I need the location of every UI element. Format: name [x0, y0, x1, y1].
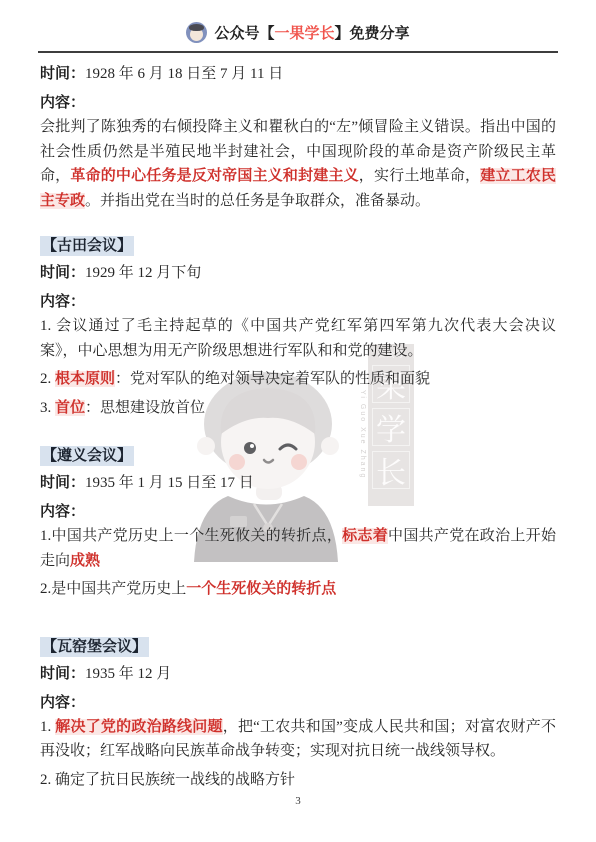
section-zunyi-meeting: 【遵义会议】时间：1935 年 1 月 15 日至 17 日内容：1.中国共产党…: [40, 444, 556, 602]
content-item: 3. 首位：思想建设放首位: [40, 396, 556, 421]
content-item: 1.中国共产党历史上一个生死攸关的转折点，标志着中国共产党在政治上开始走向成熟: [40, 524, 556, 573]
section-title: 【遵义会议】: [40, 444, 556, 465]
text-run: 2. 确定了抗日民族统一战线的战略方针: [40, 772, 295, 788]
time-value: 1935 年 12 月: [85, 666, 171, 682]
page-header: 公众号【一果学长】免费分享: [38, 0, 558, 53]
section-title-text: 【瓦窑堡会议】: [40, 637, 149, 657]
content-item: 2. 确定了抗日民族统一战线的战略方针: [40, 768, 556, 793]
content-item: 会批判了陈独秀的右倾投降主义和瞿秋白的“左”倾冒险主义错误。指出中国的社会性质仍…: [40, 115, 556, 213]
time-value: 1929 年 12 月下旬: [85, 265, 201, 281]
text-run: ：党对军队的绝对领导决定着军队的性质和面貌: [115, 371, 430, 387]
section-title-text: 【古田会议】: [40, 236, 134, 256]
section-gutian-meeting: 【古田会议】时间：1929 年 12 月下旬内容：1. 会议通过了毛主持起草的《…: [40, 234, 556, 420]
text-run: 成熟: [70, 553, 100, 569]
time-row: 时间：1935 年 12 月: [40, 662, 556, 686]
content-item: 1. 解决了党的政治路线问题，把“工农共和国”变成人民共和国；对富农财产不再没收…: [40, 715, 556, 764]
document-body: 时间：1928 年 6 月 18 日至 7 月 11 日内容：会批判了陈独秀的右…: [0, 53, 596, 792]
content-label-row: 内容：: [40, 91, 556, 115]
time-label: 时间：: [40, 475, 85, 491]
time-value: 1928 年 6 月 18 日至 7 月 11 日: [85, 66, 283, 82]
content-label-row: 内容：: [40, 500, 556, 524]
time-value: 1935 年 1 月 15 日至 17 日: [85, 475, 254, 491]
time-label: 时间：: [40, 265, 85, 281]
section-title-text: 【遵义会议】: [40, 446, 134, 466]
text-run: ，实行土地革命，: [359, 168, 480, 184]
time-row: 时间：1935 年 1 月 15 日至 17 日: [40, 471, 556, 495]
content-label-row: 内容：: [40, 691, 556, 715]
content-label: 内容：: [40, 504, 85, 520]
text-run: 一个生死攸关的转折点: [186, 581, 336, 597]
header-prefix: 公众号【: [214, 25, 274, 42]
section-title: 【古田会议】: [40, 234, 556, 255]
text-run: 标志着: [342, 528, 388, 544]
text-run: ：思想建设放首位: [85, 400, 205, 416]
time-label: 时间：: [40, 666, 85, 682]
text-run: 1.中国共产党历史上一个生死攸关的转折点，: [40, 528, 342, 544]
time-row: 时间：1929 年 12 月下旬: [40, 261, 556, 285]
time-row: 时间：1928 年 6 月 18 日至 7 月 11 日: [40, 62, 556, 86]
content-label: 内容：: [40, 95, 85, 111]
text-run: 解决了党的政治路线问题: [55, 719, 222, 735]
text-run: 首位: [55, 400, 85, 416]
content-item: 2.是中国共产党历史上一个生死攸关的转折点: [40, 577, 556, 602]
text-run: 3.: [40, 400, 55, 416]
text-run: 1. 会议通过了毛主持起草的《中国共产党红军第四军第九次代表大会决议案》，中心思…: [40, 318, 556, 359]
text-run: 2.: [40, 371, 55, 387]
text-run: 1.: [40, 719, 55, 735]
content-label-row: 内容：: [40, 290, 556, 314]
header-text: 公众号【一果学长】免费分享: [214, 22, 409, 43]
content-item: 2. 根本原则：党对军队的绝对领导决定着军队的性质和面貌: [40, 367, 556, 392]
text-run: 根本原则: [55, 371, 115, 387]
section-meeting-1928: 时间：1928 年 6 月 18 日至 7 月 11 日内容：会批判了陈独秀的右…: [40, 62, 556, 213]
page-number: 3: [0, 795, 596, 807]
official-account-avatar-icon: [186, 22, 207, 43]
text-run: 革命的中心任务是反对帝国主义和封建主义: [70, 168, 358, 184]
text-run: 。并指出党在当时的总任务是争取群众，准备暴动。: [85, 193, 430, 209]
content-item: 1. 会议通过了毛主持起草的《中国共产党红军第四军第九次代表大会决议案》，中心思…: [40, 314, 556, 363]
time-label: 时间：: [40, 66, 85, 82]
section-wayaobao-meeting: 【瓦窑堡会议】时间：1935 年 12 月内容：1. 解决了党的政治路线问题，把…: [40, 635, 556, 793]
header-suffix: 】免费分享: [335, 25, 410, 42]
content-label: 内容：: [40, 294, 85, 310]
content-label: 内容：: [40, 695, 85, 711]
header-brand-name: 一果学长: [274, 25, 334, 42]
text-run: 2.是中国共产党历史上: [40, 581, 186, 597]
section-title: 【瓦窑堡会议】: [40, 635, 556, 656]
